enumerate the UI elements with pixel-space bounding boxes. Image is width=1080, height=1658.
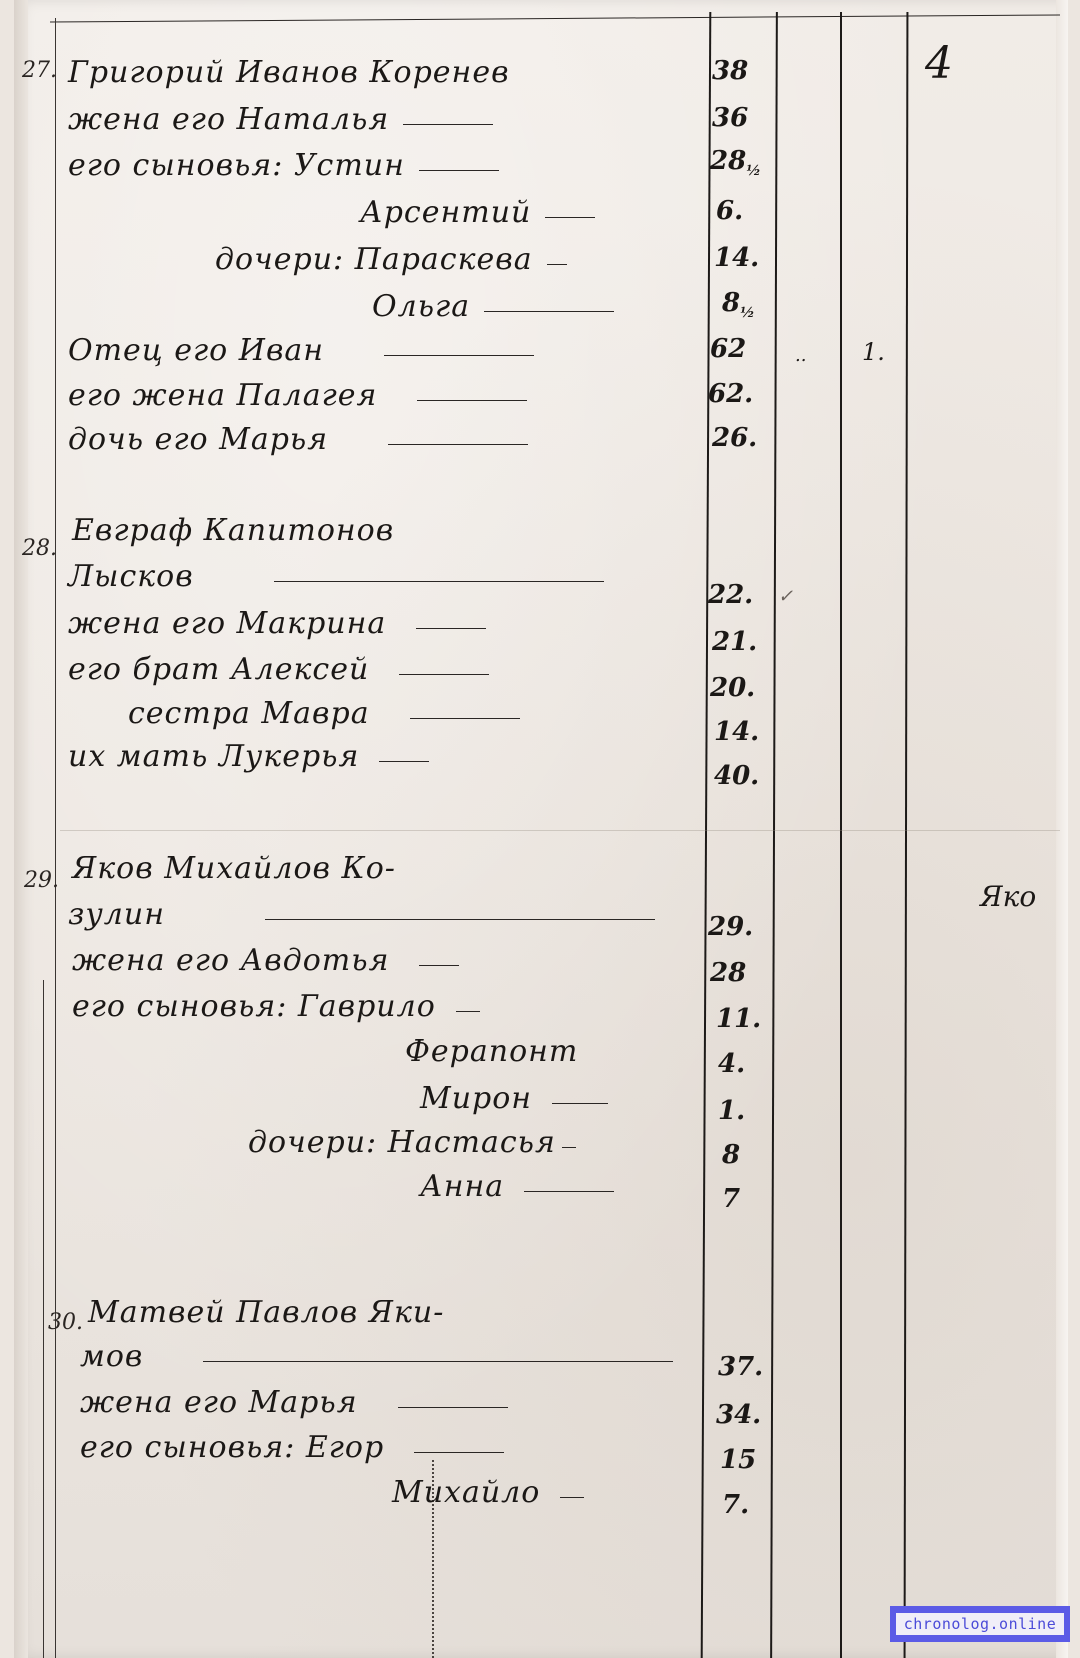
- age-value: 38: [712, 56, 748, 86]
- age-value: 36: [712, 103, 748, 133]
- age-value: 7.: [722, 1490, 749, 1520]
- fill-dash: [384, 355, 534, 357]
- age-value: 34.: [716, 1400, 761, 1430]
- row-text: дочь его Марья: [68, 422, 328, 457]
- left-margin-line: [55, 18, 56, 1658]
- page-left-edge: [14, 0, 28, 1658]
- entry-row: его брат Алексей: [68, 647, 489, 687]
- age-value: 8½: [722, 288, 755, 321]
- entry-row: жена его Авдотья: [72, 938, 459, 978]
- row-text: Арсентий: [360, 195, 531, 230]
- entry-row: Мирон: [420, 1076, 608, 1116]
- age-value: 22.: [708, 580, 753, 610]
- age-value: 8: [722, 1140, 740, 1170]
- age-value: 15: [720, 1445, 756, 1475]
- entry-number: 28.: [22, 536, 57, 561]
- row-text: сестра Мавра: [128, 696, 370, 731]
- entry-row: жена его Макрина: [68, 601, 486, 641]
- fill-dash: [274, 581, 604, 583]
- row-text: его сыновья: Гаврило: [72, 989, 436, 1024]
- column-3-right-line: [840, 12, 842, 1658]
- row-text: Матвей Павлов Яки-: [88, 1295, 444, 1330]
- fill-dash: [562, 1147, 576, 1149]
- entry-row: жена его Марья: [80, 1380, 508, 1420]
- entry-row: его сыновья: Егор: [80, 1425, 504, 1465]
- row-text: зулин: [68, 897, 165, 932]
- row-text: жена его Макрина: [68, 606, 386, 641]
- fill-dash: [419, 965, 459, 967]
- row-text: его жена Палагея: [68, 378, 377, 413]
- fill-dash: [552, 1103, 608, 1105]
- row-text: мов: [80, 1339, 143, 1374]
- entry-number: 29.: [24, 868, 59, 893]
- entry-row: Матвей Павлов Яки-: [88, 1290, 444, 1330]
- age-value: 29.: [708, 912, 753, 942]
- entry-row: зулин: [68, 892, 655, 932]
- entry-row: их мать Лукерья: [68, 734, 429, 774]
- row-text: его сыновья: Егор: [80, 1430, 384, 1465]
- row-text: Анна: [420, 1169, 504, 1204]
- fill-dash: [398, 1407, 508, 1409]
- entry-row: Яков Михайлов Ко-: [72, 846, 396, 886]
- row-text: его брат Алексей: [68, 652, 369, 687]
- row-text: жена его Авдотья: [72, 943, 389, 978]
- fill-dash: [403, 124, 493, 126]
- checkmark: ✓: [778, 586, 793, 607]
- fill-dash: [203, 1361, 673, 1363]
- column-4-mark: 1.: [862, 338, 885, 366]
- entry-number: 30.: [48, 1310, 83, 1335]
- paper-fold: [60, 830, 1060, 831]
- fill-dash: [484, 311, 614, 313]
- watermark-badge: chronolog.online: [890, 1606, 1070, 1642]
- fill-dash: [524, 1191, 614, 1193]
- age-value: 26.: [712, 423, 757, 453]
- age-whole: 28: [710, 146, 746, 176]
- row-text: Григорий Иванов Коренев: [68, 55, 510, 90]
- row-text: Мирон: [420, 1081, 532, 1116]
- fill-dash: [399, 674, 489, 676]
- fill-dash: [419, 170, 499, 172]
- entry-row: Григорий Иванов Коренев: [68, 50, 510, 90]
- row-text: Лысков: [68, 559, 194, 594]
- page-right-edge: [1056, 0, 1068, 1658]
- fill-dash: [416, 628, 486, 630]
- age-whole: 8: [722, 288, 740, 318]
- row-text: дочери: Настасья: [248, 1125, 556, 1160]
- age-value: 6.: [716, 196, 743, 226]
- fill-dash: [414, 1452, 504, 1454]
- age-value: 40.: [714, 761, 759, 791]
- age-fraction: ½: [746, 163, 761, 179]
- entry-row: Евграф Капитонов: [72, 508, 394, 548]
- age-value: 62: [710, 334, 746, 364]
- entry-row: Михайло: [392, 1470, 584, 1510]
- fill-dash: [388, 444, 528, 446]
- entry-row: дочери: Настасья: [248, 1120, 576, 1160]
- entry-row: мов: [80, 1334, 673, 1374]
- fill-dash: [456, 1011, 480, 1013]
- entry-number: 27.: [22, 58, 57, 83]
- entry-row: его сыновья: Устин: [68, 143, 499, 183]
- fill-dash: [417, 400, 527, 402]
- age-value: 1.: [718, 1096, 745, 1126]
- entry-row: дочери: Параскева: [215, 237, 567, 277]
- age-value: 4.: [718, 1049, 745, 1079]
- watermark-text: chronolog.online: [896, 1613, 1065, 1635]
- entry-row: Ольга: [372, 284, 614, 324]
- row-text: жена его Наталья: [68, 102, 389, 137]
- entry-row: Ферапонт: [405, 1029, 578, 1069]
- signature-note: Яко: [980, 880, 1036, 913]
- age-value: 62.: [708, 379, 753, 409]
- outer-margin-line: [43, 980, 44, 1658]
- entry-row: жена его Наталья: [68, 97, 493, 137]
- row-text: Отец его Иван: [68, 333, 324, 368]
- fill-dash: [265, 919, 655, 921]
- entry-row: его сыновья: Гаврило: [72, 984, 480, 1024]
- row-text: Евграф Капитонов: [72, 513, 394, 548]
- age-fraction: ½: [740, 305, 755, 321]
- row-text: Ферапонт: [405, 1034, 578, 1069]
- age-value: 28: [710, 958, 746, 988]
- age-value: 37.: [718, 1352, 763, 1382]
- fill-dash: [410, 718, 520, 720]
- row-text: его сыновья: Устин: [68, 148, 405, 183]
- row-text: Ольга: [372, 289, 470, 324]
- fill-dash: [560, 1497, 584, 1499]
- entry-row: Отец его Иван: [68, 328, 534, 368]
- row-text: жена его Марья: [80, 1385, 358, 1420]
- age-value: 20.: [710, 673, 755, 703]
- age-value: 28½: [710, 146, 761, 179]
- age-value: 21.: [712, 627, 757, 657]
- row-text: дочери: Параскева: [215, 242, 533, 277]
- age-value: 7: [722, 1184, 740, 1214]
- entry-row: дочь его Марья: [68, 417, 528, 457]
- row-text: Яков Михайлов Ко-: [72, 851, 396, 886]
- row-text: Михайло: [392, 1475, 540, 1510]
- entry-row: сестра Мавра: [128, 691, 520, 731]
- age-value: 14.: [714, 243, 759, 273]
- fill-dash: [547, 264, 567, 266]
- column-3-mark: ..: [795, 345, 806, 366]
- fill-dash: [545, 217, 595, 219]
- fill-dash: [379, 761, 429, 763]
- entry-row: его жена Палагея: [68, 373, 527, 413]
- entry-row: Анна: [420, 1164, 614, 1204]
- row-text: их мать Лукерья: [68, 739, 359, 774]
- age-value: 14.: [714, 717, 759, 747]
- entry-row: Арсентий: [360, 190, 595, 230]
- age-value: 11.: [716, 1004, 761, 1034]
- page-number-mark: 4: [925, 38, 953, 89]
- entry-row: Лысков: [68, 554, 604, 594]
